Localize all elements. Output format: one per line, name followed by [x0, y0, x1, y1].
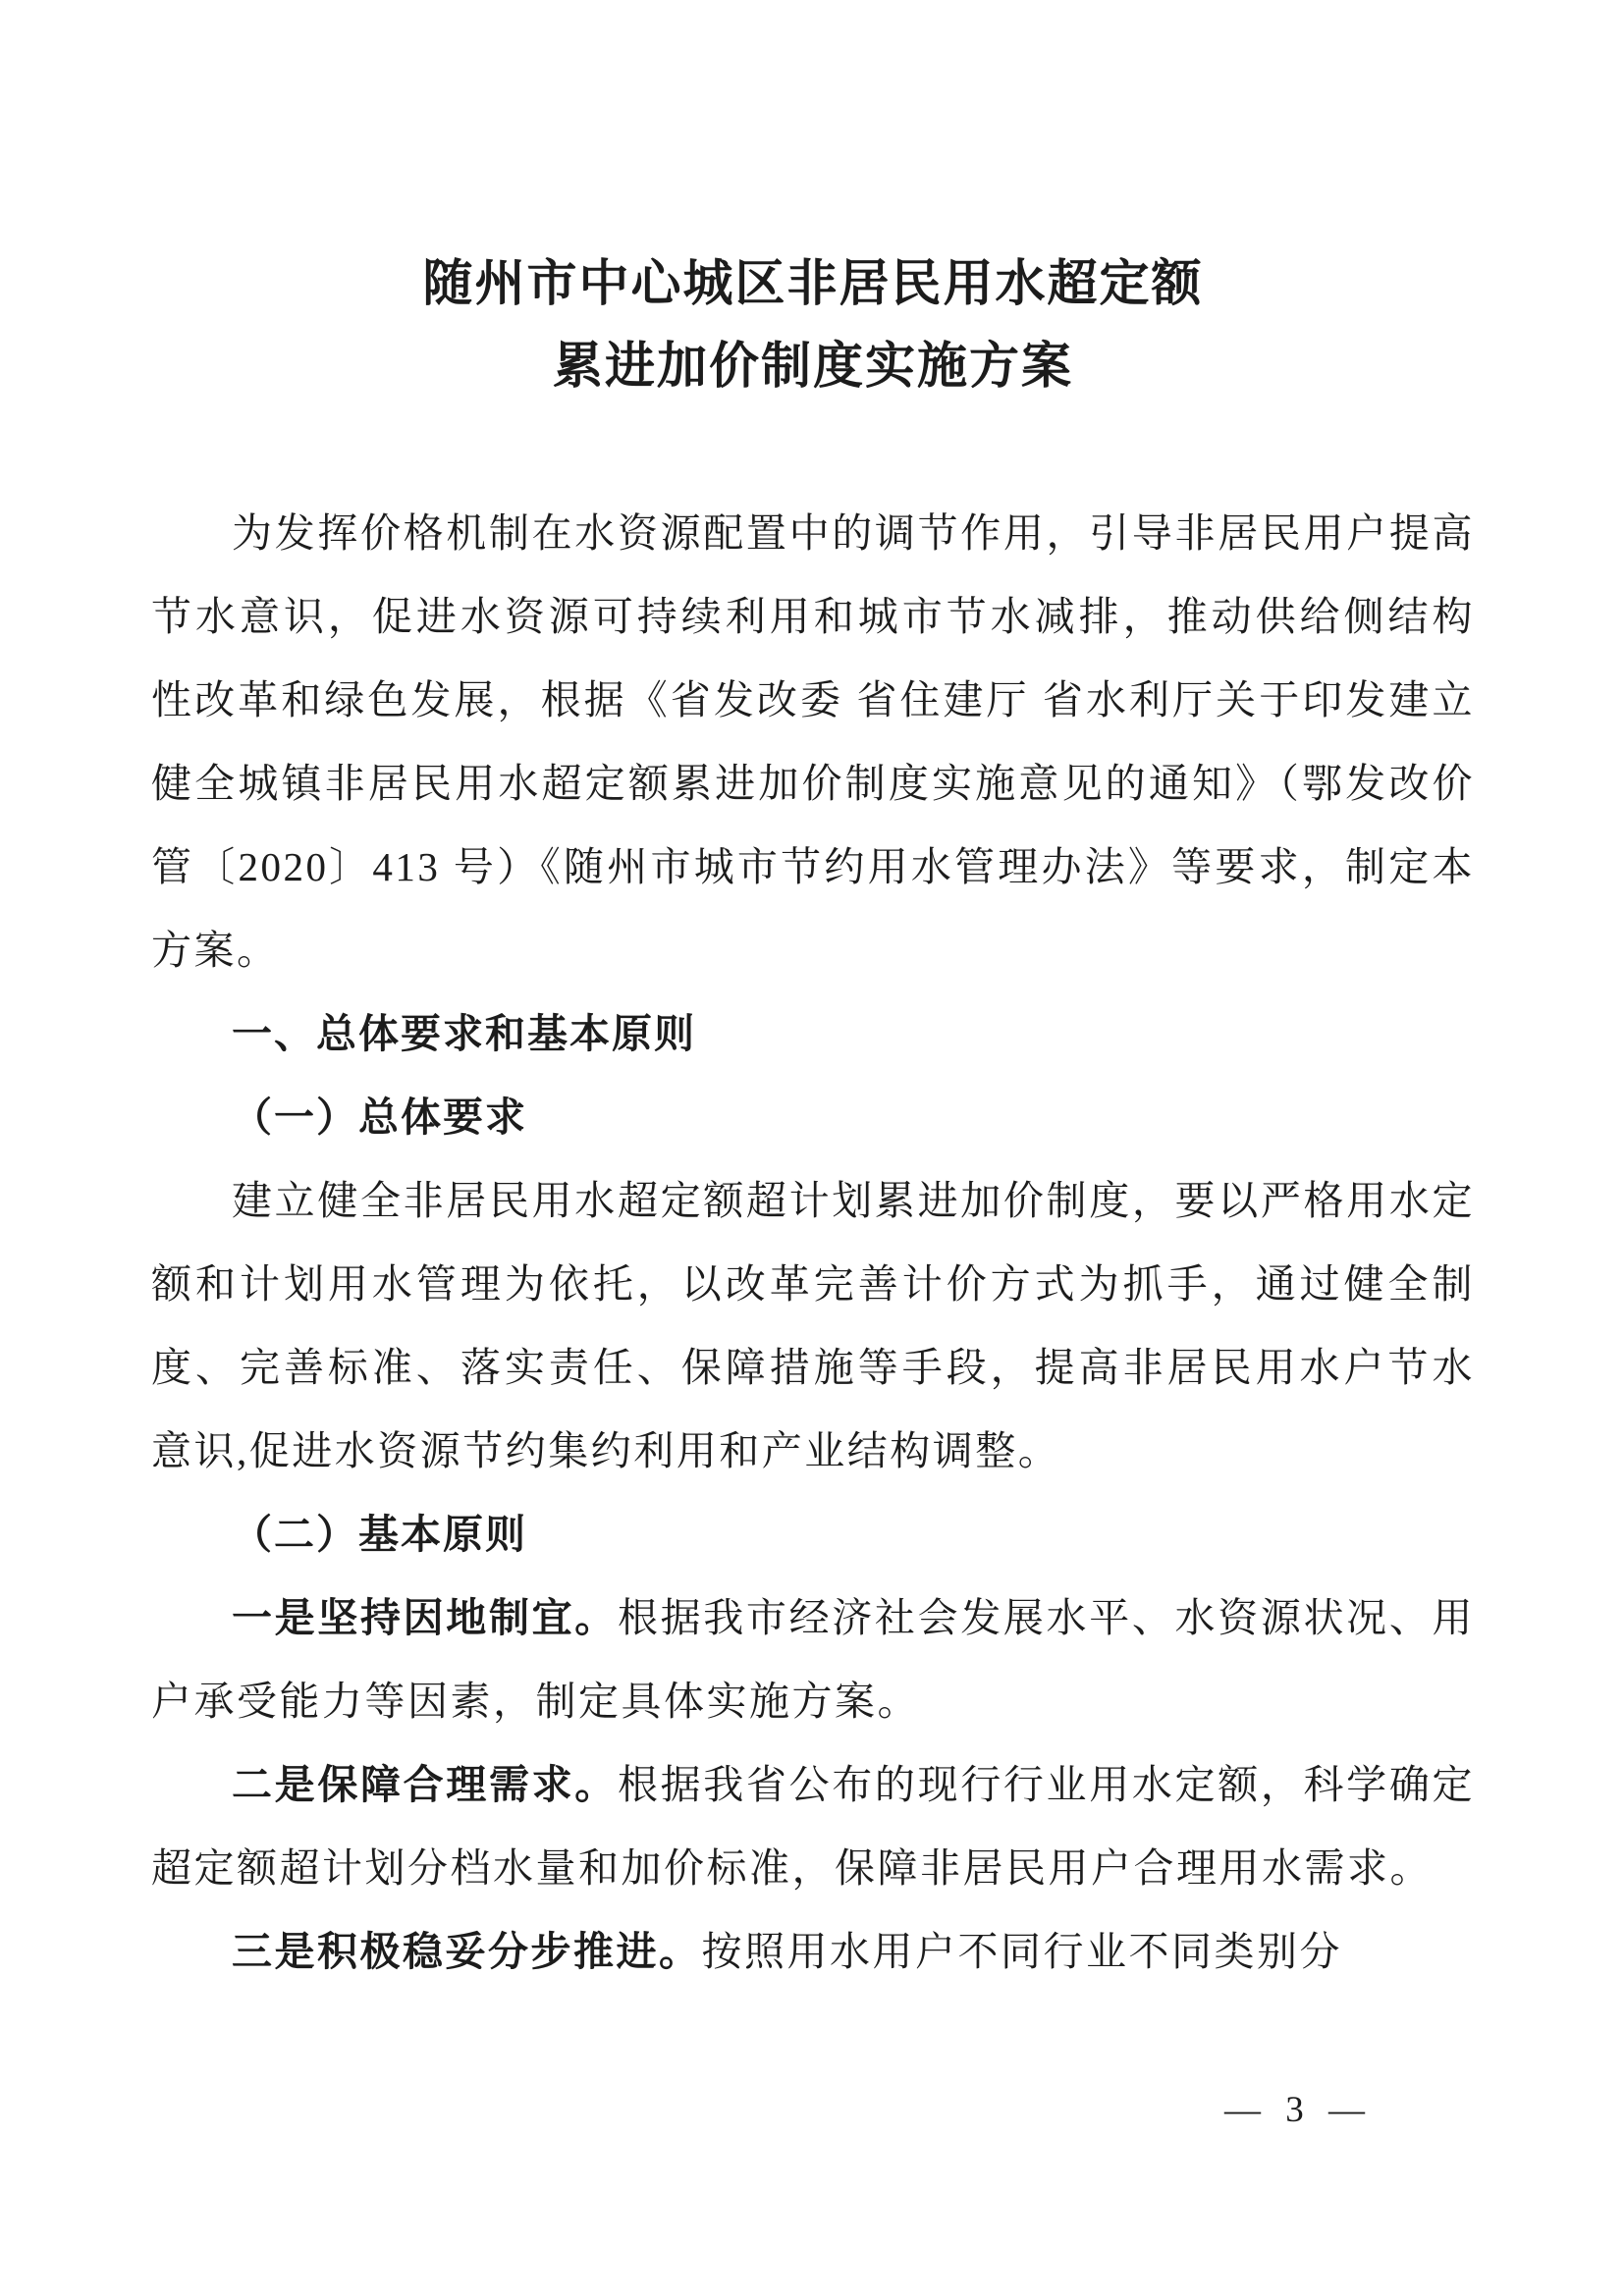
principle-3-body: 按照用水用户不同行业不同类别分: [702, 1929, 1343, 1974]
principle-paragraph-1: 一是坚持因地制宜。根据我市经济社会发展水平、水资源状况、用户承受能力等因素，制定…: [151, 1576, 1475, 1743]
principle-2-lead: 二是保障合理需求。: [232, 1762, 618, 1807]
document-title: 随州市中心城区非居民用水超定额 累进加价制度实施方案: [151, 243, 1475, 408]
principle-paragraph-3: 三是积极稳妥分步推进。按照用水用户不同行业不同类别分: [151, 1910, 1475, 1994]
principle-paragraph-2: 二是保障合理需求。根据我省公布的现行行业用水定额，科学确定超定额超计划分档水量和…: [151, 1743, 1475, 1910]
principle-3-lead: 三是积极稳妥分步推进。: [232, 1929, 702, 1974]
subsection-1-heading: （一）总体要求: [151, 1076, 1475, 1159]
principle-1-lead: 一是坚持因地制宜。: [232, 1595, 618, 1640]
page-number: — 3 —: [1224, 2089, 1373, 2131]
subsection-1-body: 建立健全非居民用水超定额超计划累进加价制度，要以严格用水定额和计划用水管理为依托…: [151, 1159, 1475, 1493]
document-title-line-1: 随州市中心城区非居民用水超定额: [151, 243, 1475, 326]
subsection-2-heading: （二）基本原则: [151, 1493, 1475, 1576]
intro-paragraph: 为发挥价格机制在水资源配置中的调节作用，引导非居民用户提高节水意识，促进水资源可…: [151, 492, 1475, 992]
document-title-line-2: 累进加价制度实施方案: [151, 326, 1475, 408]
document-page: 随州市中心城区非居民用水超定额 累进加价制度实施方案 为发挥价格机制在水资源配置…: [0, 0, 1624, 2296]
section-1-heading: 一、总体要求和基本原则: [151, 992, 1475, 1076]
